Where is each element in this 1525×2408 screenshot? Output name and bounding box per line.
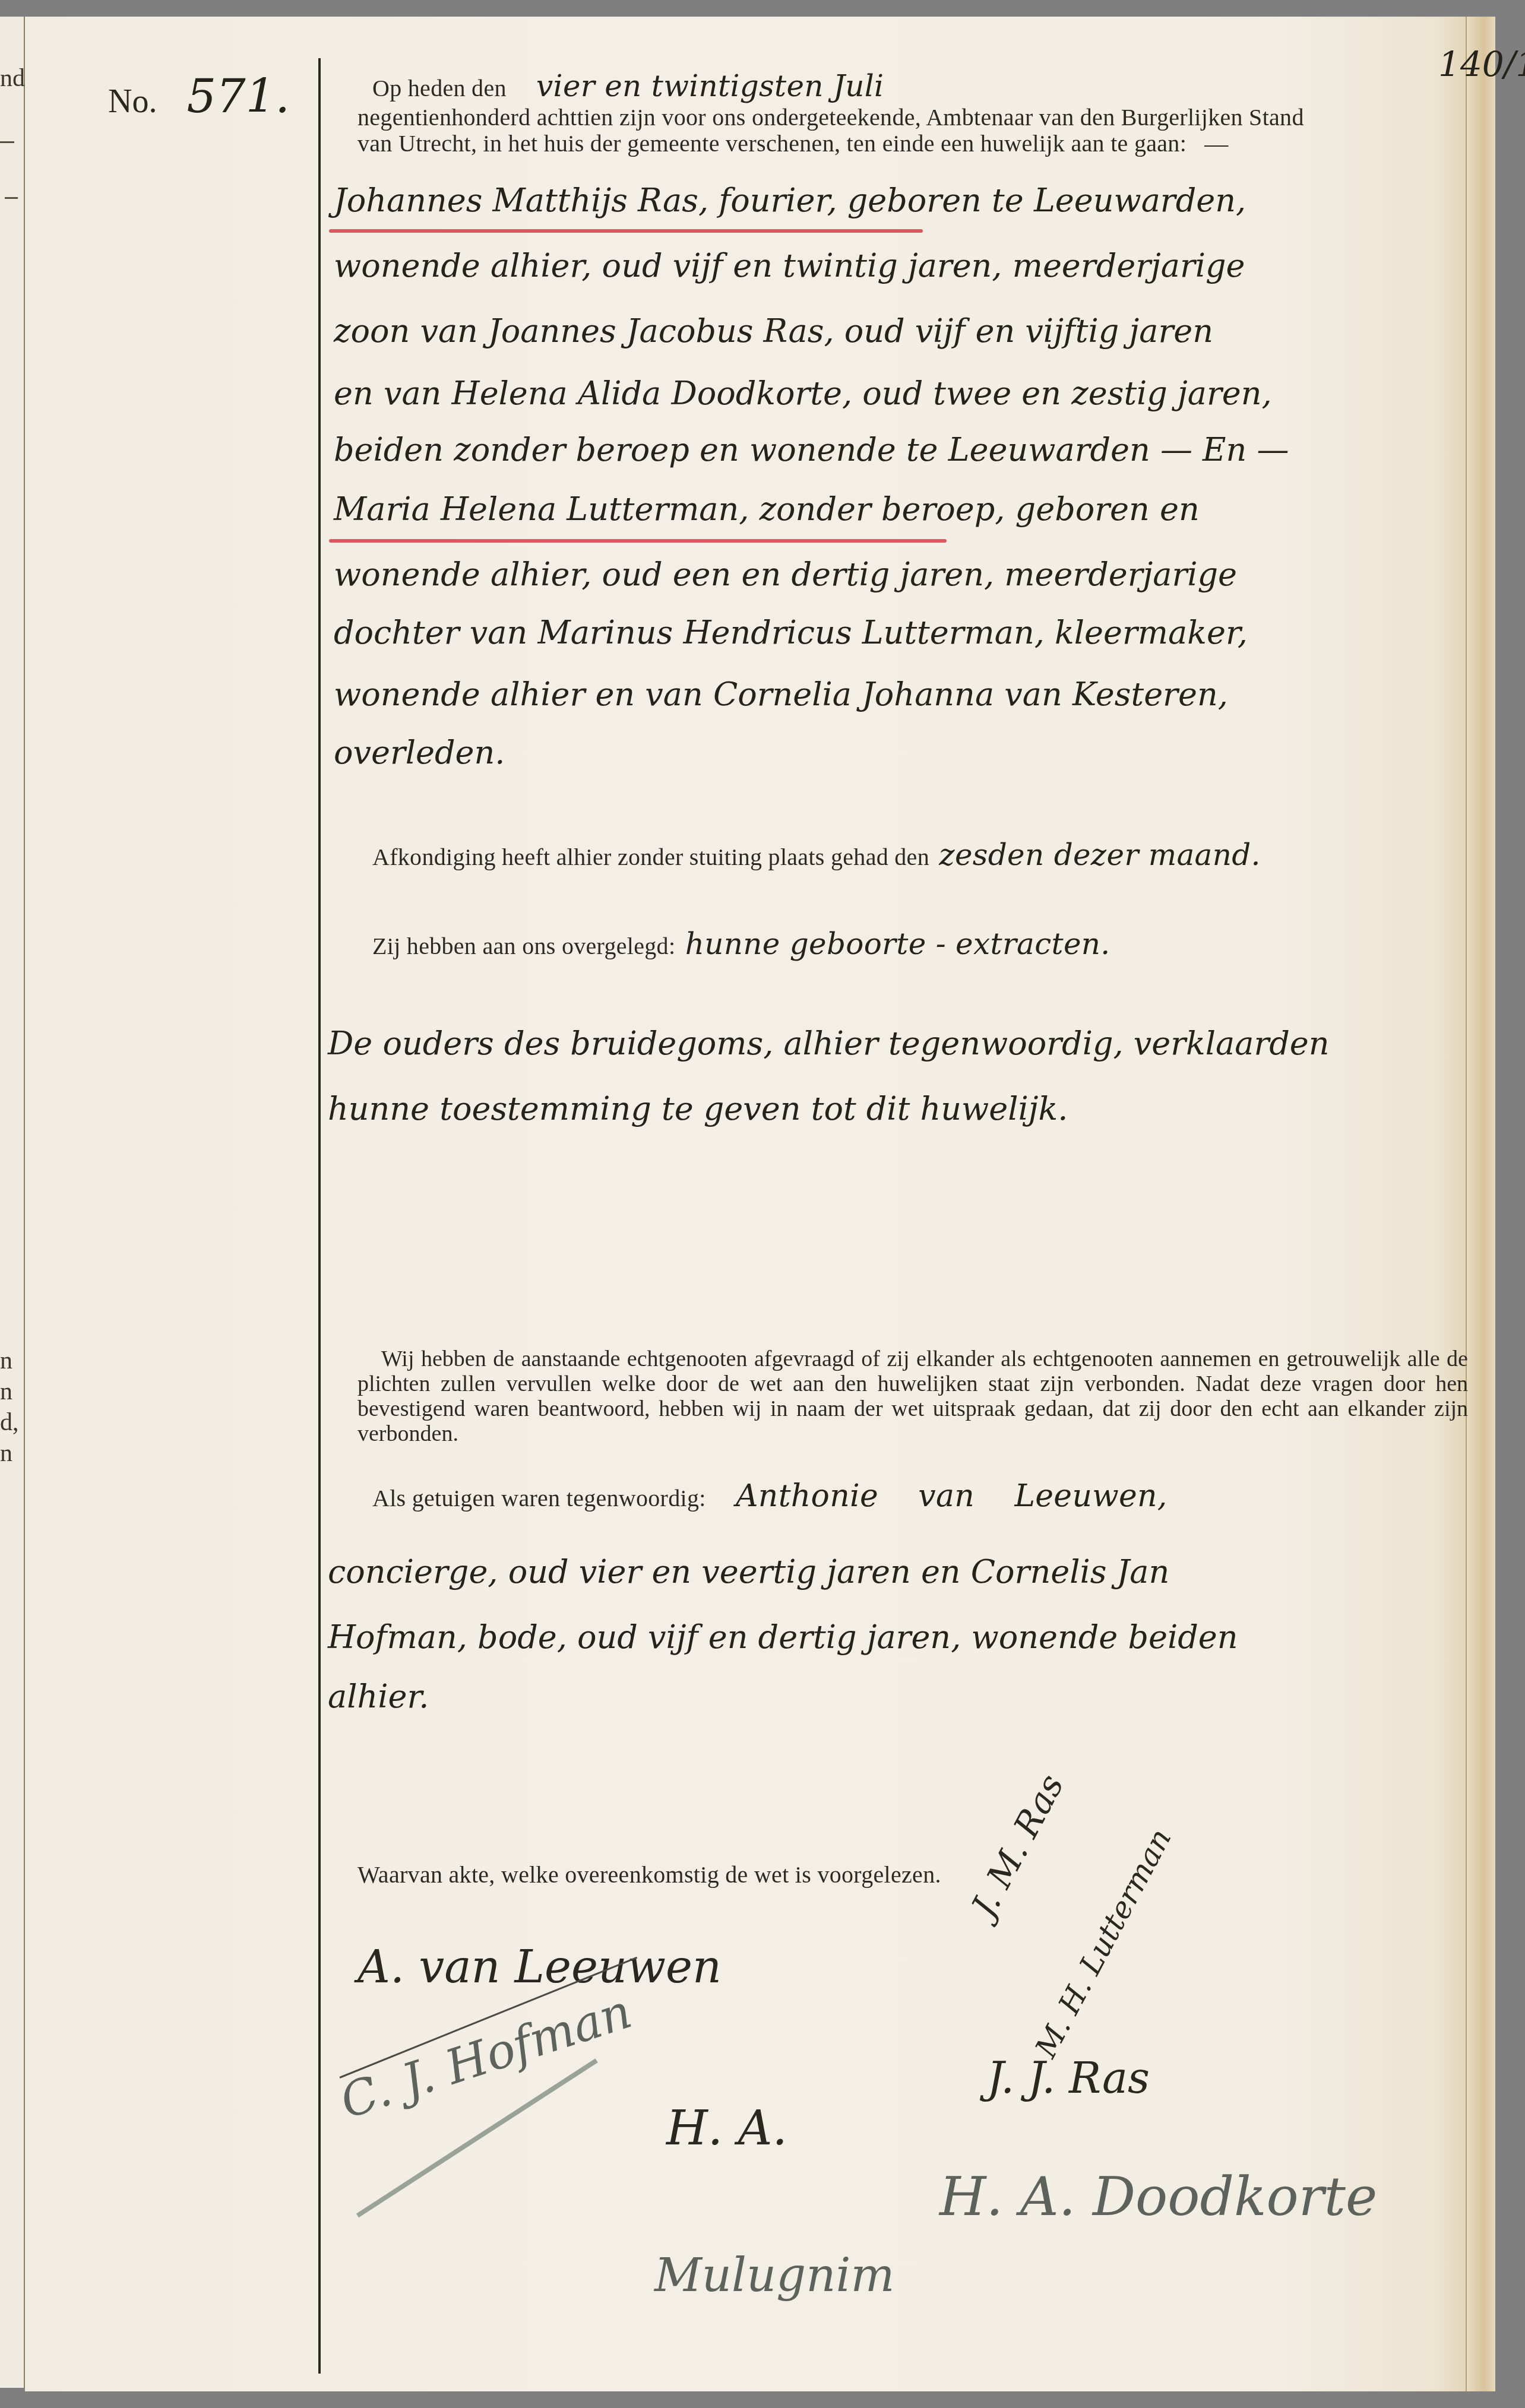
signature-father: J. J. Ras <box>987 2053 1150 2103</box>
groom-line: wonende alhier, oud vijf en twintig jare… <box>334 248 1245 284</box>
groom-name-underline <box>329 229 923 233</box>
facing-page-dash <box>5 197 18 199</box>
witnesses-line: Als getuigen waren tegenwoordig: Anthoni… <box>372 1483 1168 1512</box>
proclamation-printed: Afkondiging heeft alhier zonder stuiting… <box>372 844 929 870</box>
signature-witness-1: A. van Leeuwen <box>357 1940 722 1993</box>
signature-mother-initials: H. A. <box>666 2100 787 2156</box>
groom-line: Johannes Matthijs Ras, fourier, geboren … <box>334 183 1246 218</box>
bride-line: Maria Helena Lutterman, zonder beroep, g… <box>334 492 1200 527</box>
groom-line: beiden zonder beroep en wonende te Leeuw… <box>334 432 1289 468</box>
heading-line-3-text: van Utrecht, in het huis der gemeente ve… <box>357 130 1187 157</box>
witnesses-printed: Als getuigen waren tegenwoordig: <box>372 1485 706 1512</box>
bride-line: overleden. <box>334 735 505 771</box>
signature-mother: H. A. Doodkorte <box>939 2166 1377 2228</box>
facing-page-fragment: d, <box>0 1408 19 1437</box>
heading-line-2: negentienhonderd achttien zijn voor ons … <box>357 104 1304 131</box>
witness-1-name: Anthonie van Leeuwen, <box>736 1478 1168 1514</box>
bride-line: dochter van Marinus Hendricus Lutterman,… <box>334 615 1248 651</box>
signature-groom: J. M. Ras <box>963 1767 1072 1924</box>
heading-dash: — <box>1204 130 1228 157</box>
folio-number: 140/13 <box>1438 46 1525 82</box>
entry-number: No.571. <box>108 70 290 123</box>
entry-number-value: 571. <box>186 70 290 123</box>
proclamation-date: zesden dezer maand. <box>939 838 1260 872</box>
signature-registrar: Mulugnim <box>654 2249 894 2302</box>
page-edge <box>1466 17 1495 2391</box>
consent-line: hunne toestemming te geven tot dit huwel… <box>328 1091 1068 1127</box>
documents-printed: Zij hebben aan ons overgelegd: <box>372 933 675 959</box>
closing-line: Waarvan akte, welke overeenkomstig de we… <box>357 1862 941 1888</box>
heading-line-3: van Utrecht, in het huis der gemeente ve… <box>357 131 1229 157</box>
groom-line: zoon van Joannes Jacobus Ras, oud vijf e… <box>334 313 1213 349</box>
marriage-date: vier en twintigsten Juli <box>536 69 884 103</box>
bride-name-underline <box>329 539 947 543</box>
bride-line: wonende alhier, oud een en dertig jaren,… <box>334 557 1237 593</box>
facing-page-fragment: n <box>0 1377 12 1406</box>
witness-line: alhier. <box>328 1679 429 1715</box>
margin-rule <box>318 58 321 2374</box>
documents-handwritten: hunne geboorte - extracten. <box>685 927 1110 961</box>
proclamation-line: Afkondiging heeft alhier zonder stuiting… <box>372 842 1261 870</box>
facing-page-fragment: nd <box>0 64 25 93</box>
entry-label: No. <box>108 83 157 120</box>
vows-paragraph: Wij hebben de aanstaande echtgenooten af… <box>357 1346 1468 1446</box>
bride-line: wonende alhier en van Cornelia Johanna v… <box>334 677 1228 712</box>
groom-line: en van Helena Alida Doodkorte, oud twee … <box>334 376 1272 411</box>
witness-line: Hofman, bode, oud vijf en dertig jaren, … <box>328 1620 1238 1655</box>
signature-witness-2: C. J. Hofman <box>334 1984 638 2130</box>
heading-prefix: Op heden den <box>372 75 507 102</box>
facing-page: nd n n d, n <box>0 17 25 2388</box>
register-page: No.571. 140/13 Op heden den vier en twin… <box>25 17 1495 2391</box>
signature-bride: M. H. Lutterman <box>1029 1823 1178 2063</box>
documents-line: Zij hebben aan ons overgelegd: hunne geb… <box>372 931 1110 959</box>
consent-line: De ouders des bruidegoms, alhier tegenwo… <box>328 1026 1330 1062</box>
heading-line-1: Op heden den vier en twintigsten Juli <box>372 73 884 102</box>
witness-line: concierge, oud vier en veertig jaren en … <box>328 1554 1169 1590</box>
facing-page-dash <box>0 141 14 143</box>
facing-page-fragment: n <box>0 1439 12 1468</box>
facing-page-fragment: n <box>0 1346 12 1375</box>
